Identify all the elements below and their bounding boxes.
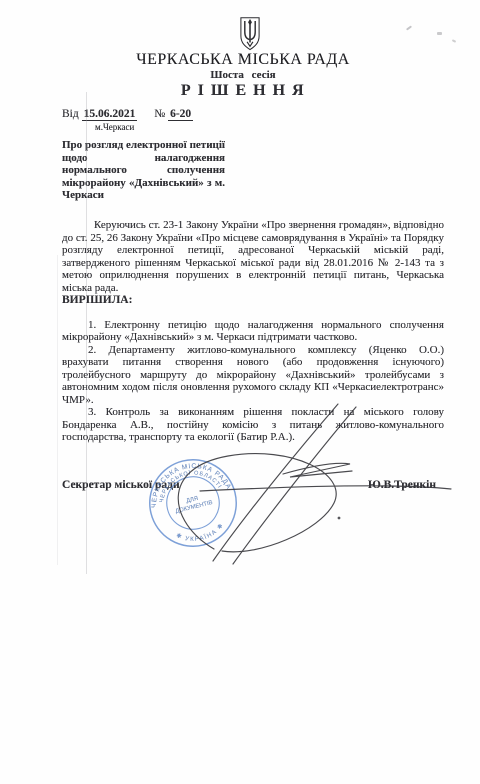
doc-city: м.Черкаси: [95, 122, 134, 132]
doc-date: 15.06.2021: [82, 108, 138, 121]
svg-text:✱ УКРАЇНА ✱: ✱ УКРАЇНА ✱: [174, 520, 228, 548]
scan-line-artifact: [57, 255, 58, 565]
stamp-ring-bottom-text: ✱ УКРАЇНА ✱: [174, 520, 228, 548]
doc-meta-line: Від 15.06.2021 № 6-20: [62, 108, 193, 120]
official-round-stamp: ЧЕРКАСЬКА МІСЬКА РАДА ЧЕРКАСЬКОЇ ОБЛАСТІ…: [137, 447, 249, 559]
from-label: Від: [62, 108, 79, 120]
resolution-item: 3. Контроль за виконанням рішення поклас…: [62, 406, 444, 444]
scanned-decision-document: ЧЕРКАСЬКА МІСЬКА РАДА Шоста сесія Р І Ш …: [0, 0, 480, 784]
preamble-paragraph: Керуючись ст. 23-1 Закону України «Про з…: [62, 219, 444, 294]
resolution-item: 2. Департаменту житлово-комунального ком…: [62, 344, 444, 407]
scan-speck: [452, 39, 456, 43]
ukraine-trident-emblem-icon: [237, 16, 263, 52]
signer-name: Ю.В.Тренкін: [368, 479, 436, 491]
document-type-title: Р І Ш Е Н Н Я: [0, 82, 480, 100]
scan-line-artifact: [86, 92, 87, 574]
number-label: №: [154, 108, 165, 120]
resolution-item: 1. Електронну петицію щодо налагодження …: [62, 319, 444, 344]
scan-speck: [406, 25, 412, 30]
scan-speck: [437, 32, 442, 35]
resolved-label: ВИРІШИЛА:: [62, 294, 444, 307]
organization-title: ЧЕРКАСЬКА МІСЬКА РАДА: [0, 51, 480, 69]
document-body: Керуючись ст. 23-1 Закону України «Про з…: [62, 219, 444, 444]
doc-number: 6-20: [168, 108, 193, 121]
signature-row: Секретар міської ради Ю.В.Тренкін: [62, 479, 436, 491]
session-subtitle: Шоста сесія: [0, 69, 480, 81]
